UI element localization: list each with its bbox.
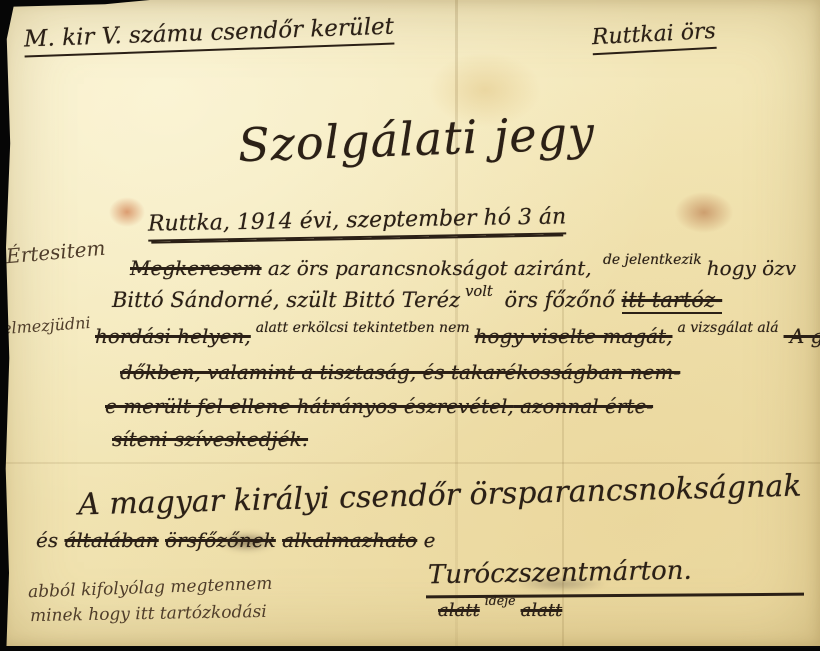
text-segment: alatt erkölcsi tekintetben nem [256,320,470,336]
text-segment: hogy özv [707,256,796,280]
text-segment: A gazdasági teen- [784,324,820,348]
qualifier-line: és általában örsfőzőnek alkalmazhato e [36,528,435,552]
text-segment: e merült fel ellene hátrányos észrevétel… [105,394,514,418]
scanned-document: M. kir V. számu csendőr kerület Ruttkai … [0,0,820,651]
place-signature: Turóczszentmárton. [428,556,692,591]
text-segment: ideje [485,593,516,608]
text-segment: e [417,528,435,552]
body-line-4: dőkben, valamint a tisztaság, és takarék… [120,360,680,384]
text-segment: dőkben, valamint a tisztaság, és takarék… [120,360,680,384]
text-segment: alatt [438,600,480,621]
footer-note-right: alattidejealatt [438,600,562,621]
body-line-6: síteni szíveskedjék. [112,427,308,451]
text-segment: azonnal érte- [514,394,653,418]
text-segment: itt tartóz- [622,288,723,314]
footer-note-2: minek hogy itt tartózkodási [30,602,267,626]
text-segment: örs főzőnő [498,288,622,312]
text-segment: az örs parancsnokságot aziránt, [262,256,598,280]
text-segment: általában [64,528,158,552]
text-segment: Bittó Sándorné, szült Bittó Teréz [112,288,460,312]
text-segment: Megkeresem [130,256,262,280]
text-segment: volt [465,283,493,300]
text-segment: alatt [521,600,563,621]
body-line-2: Bittó Sándorné, szült Bittó Terézvolt ör… [112,288,722,312]
text-segment: alkalmazhato [282,528,417,552]
text-segment: síteni szíveskedjék. [112,427,308,451]
text-segment: és [36,528,64,552]
body-line-5: e merült fel ellene hátrányos észrevétel… [105,394,653,418]
text-segment: hogy viselte magát, [475,324,673,348]
text-segment: hordási helyen, [95,324,251,348]
body-line-1: Megkeresem az örs parancsnokságot azirán… [130,256,796,280]
body-line-3: hordási helyen,alatt erkölcsi tekintetbe… [95,324,820,348]
text-segment: örsfőzőnek [165,528,276,552]
text-segment: a vizsgálat alá [677,320,778,336]
text-segment: de jelentkezik [603,252,702,268]
